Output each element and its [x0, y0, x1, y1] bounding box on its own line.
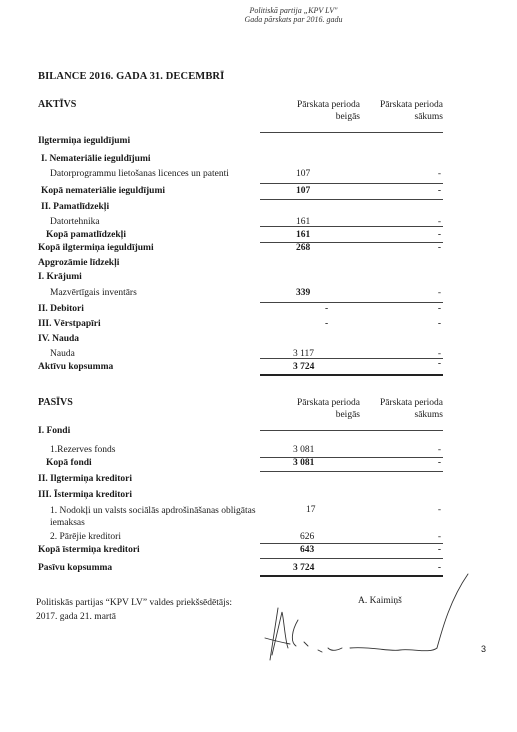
page-number: 3	[481, 644, 486, 654]
handwritten-signature-icon	[0, 0, 517, 732]
